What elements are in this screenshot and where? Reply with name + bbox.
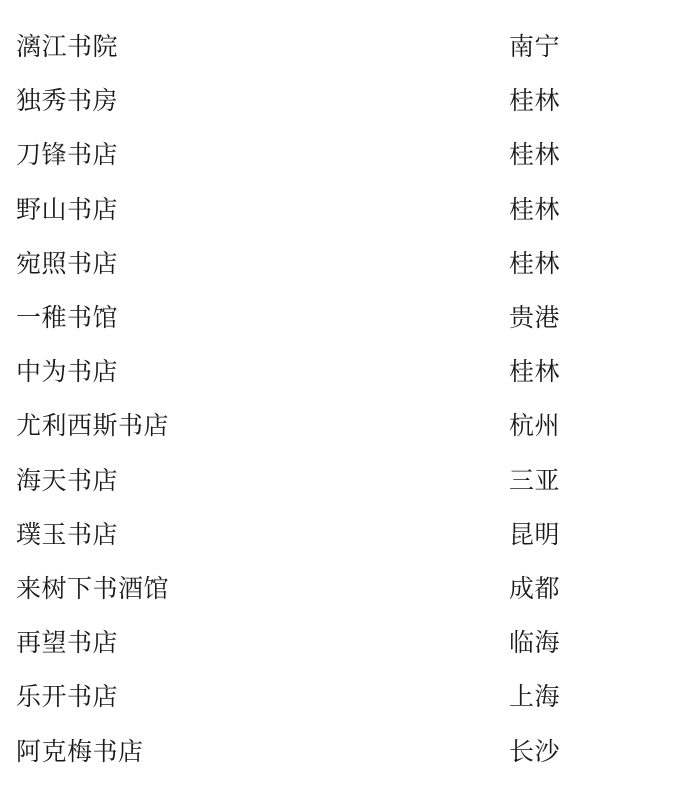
bookstore-name: 乐开书店	[16, 682, 118, 712]
bookstore-city: 桂林	[509, 357, 560, 387]
bookstore-city: 上海	[509, 682, 560, 712]
list-item: 来树下书酒馆 成都	[0, 562, 677, 616]
bookstore-city: 临海	[509, 628, 560, 658]
bookstore-city: 桂林	[509, 140, 560, 170]
bookstore-city: 成都	[509, 574, 560, 604]
list-item: 中为书店 桂林	[0, 345, 677, 399]
bookstore-city: 贵港	[509, 303, 560, 333]
list-item: 刀锋书店 桂林	[0, 128, 677, 182]
list-item: 再望书店 临海	[0, 616, 677, 670]
bookstore-name: 独秀书房	[16, 86, 118, 116]
list-item: 野山书店 桂林	[0, 183, 677, 237]
bookstore-name: 阿克梅书店	[16, 737, 144, 767]
bookstore-city: 三亚	[509, 466, 560, 496]
bookstore-name: 宛照书店	[16, 249, 118, 279]
list-item: 尤利西斯书店 杭州	[0, 399, 677, 453]
bookstore-name: 一稚书馆	[16, 303, 118, 333]
bookstore-city: 杭州	[509, 411, 560, 441]
bookstore-city: 长沙	[509, 737, 560, 767]
bookstore-city: 桂林	[509, 86, 560, 116]
list-item: 璞玉书店 昆明	[0, 508, 677, 562]
bookstore-name: 海天书店	[16, 466, 118, 496]
bookstore-city: 桂林	[509, 195, 560, 225]
list-item: 阿克梅书店 长沙	[0, 724, 677, 778]
bookstore-name: 刀锋书店	[16, 140, 118, 170]
list-item: 乐开书店 上海	[0, 670, 677, 724]
bookstore-city: 南宁	[509, 32, 560, 62]
bookstore-name: 野山书店	[16, 195, 118, 225]
bookstore-name: 来树下书酒馆	[16, 574, 169, 604]
bookstore-name: 璞玉书店	[16, 520, 118, 550]
bookstore-name: 再望书店	[16, 628, 118, 658]
bookstore-city: 桂林	[509, 249, 560, 279]
list-item: 一稚书馆 贵港	[0, 291, 677, 345]
list-item: 独秀书房 桂林	[0, 74, 677, 128]
bookstore-list: 漓江书院 南宁 独秀书房 桂林 刀锋书店 桂林 野山书店 桂林 宛照书店 桂林 …	[0, 20, 677, 779]
bookstore-name: 尤利西斯书店	[16, 411, 169, 441]
bookstore-name: 漓江书院	[16, 32, 118, 62]
list-item: 海天书店 三亚	[0, 454, 677, 508]
bookstore-city: 昆明	[509, 520, 560, 550]
bookstore-name: 中为书店	[16, 357, 118, 387]
list-item: 漓江书院 南宁	[0, 20, 677, 74]
list-item: 宛照书店 桂林	[0, 237, 677, 291]
